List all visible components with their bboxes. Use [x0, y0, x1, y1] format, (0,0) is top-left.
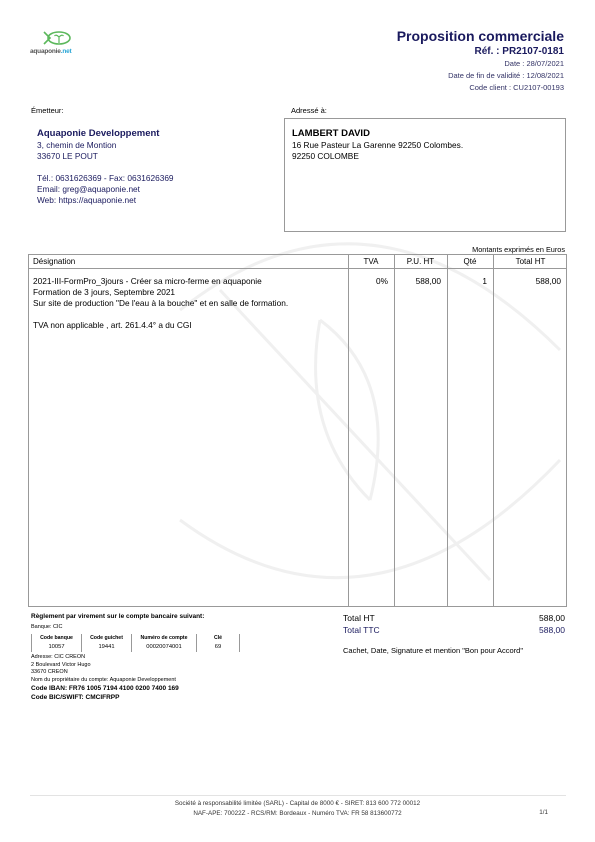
recipient-address-line2: 92250 COLOMBE [292, 151, 463, 162]
bank-code-value: 10057 [34, 643, 79, 652]
table-header-divider [29, 268, 566, 269]
total-ttc-value: 588,00 [539, 624, 565, 636]
company-logo: aquaponie.net [30, 30, 90, 60]
recipient-box: LAMBERT DAVID 16 Rue Pasteur La Garenne … [284, 118, 566, 232]
footer-legal-line2: NAF-APE: 70022Z - RCS/RM: Bordeaux - Num… [0, 809, 595, 819]
item-total-ht: 588,00 [493, 276, 561, 287]
page-number: 1/1 [539, 809, 548, 816]
column-divider [493, 255, 494, 606]
bank-details: Règlement par virement sur le compte ban… [31, 613, 240, 702]
validity-date: Date de fin de validité : 12/08/2021 [397, 70, 564, 82]
rib-key-value: 69 [199, 643, 237, 652]
logo-tld: .net [61, 48, 72, 55]
rib-key-cell: Clé 69 [196, 634, 240, 652]
recipient-address-line1: 16 Rue Pasteur La Garenne 92250 Colombes… [292, 140, 463, 151]
iban-code: Code IBAN: FR76 1005 7194 4100 0200 7400… [31, 684, 240, 693]
sender-phone: Tél.: 0631626369 - Fax: 0631626369 [37, 173, 174, 184]
client-code: Code client : CU2107-00193 [397, 82, 564, 94]
branch-code-cell: Code guichet 19441 [81, 634, 131, 652]
header-tva: TVA [348, 257, 394, 266]
document-header: Proposition commerciale Réf. : PR2107-01… [397, 28, 564, 94]
totals-block: Total HT 588,00 Total TTC 588,00 [343, 612, 565, 636]
item-vat-note: TVA non applicable , art. 261.4.4° a du … [33, 320, 343, 331]
total-ht-label: Total HT [343, 612, 375, 624]
logo-brand: aquaponie [30, 48, 61, 55]
item-quantity: 1 [447, 276, 487, 287]
logo-text: aquaponie.net [30, 48, 71, 55]
document-title: Proposition commerciale [397, 28, 564, 45]
signature-note: Cachet, Date, Signature et mention "Bon … [343, 646, 523, 655]
account-number-header: Numéro de compte [134, 634, 194, 643]
branch-code-header: Code guichet [84, 634, 129, 643]
bank-account-table: Code banque 10057 Code guichet 19441 Num… [31, 634, 240, 652]
column-divider [348, 255, 349, 606]
sender-label: Émetteur: [31, 106, 64, 115]
sender-address-line1: 3, chemin de Montion [37, 140, 174, 151]
bank-code-cell: Code banque 10057 [31, 634, 81, 652]
rib-key-header: Clé [199, 634, 237, 643]
items-table: Désignation TVA P.U. HT Qté Total HT 202… [28, 254, 567, 607]
sender-email[interactable]: Email: greg@aquaponie.net [37, 184, 174, 195]
header-quantity: Qté [447, 257, 493, 266]
item-unit-price: 588,00 [394, 276, 441, 287]
total-ht-row: Total HT 588,00 [343, 612, 565, 624]
header-unit-price: P.U. HT [394, 257, 447, 266]
total-ttc-row: Total TTC 588,00 [343, 624, 565, 636]
recipient-block: LAMBERT DAVID 16 Rue Pasteur La Garenne … [292, 128, 463, 162]
account-owner: Nom du propriétaire du compte: Aquaponie… [31, 677, 240, 685]
total-ttc-label: Total TTC [343, 624, 380, 636]
bic-code: Code BIC/SWIFT: CMCIFRPP [31, 693, 240, 702]
sender-name: Aquaponie Developpement [37, 128, 174, 140]
recipient-label: Adressé à: [291, 106, 327, 115]
sender-address-line2: 33670 LE POUT [37, 151, 174, 162]
bank-title: Règlement par virement sur le compte ban… [31, 613, 240, 621]
account-number-value: 00020074001 [134, 643, 194, 652]
branch-code-value: 19441 [84, 643, 129, 652]
header-total-ht: Total HT [493, 257, 568, 266]
footer-divider [30, 795, 566, 796]
bank-address-line1: Adresse: CIC CREON [31, 654, 240, 662]
fish-sprout-icon [42, 30, 72, 46]
bank-address-line3: 33670 CREON [31, 669, 240, 677]
footer-legal-line1: Société à responsabilité limitée (SARL) … [0, 799, 595, 809]
currency-note: Montants exprimés en Euros [472, 245, 565, 254]
item-description-line1: 2021-III-FormPro_3jours - Créer sa micro… [33, 276, 343, 287]
column-divider [447, 255, 448, 606]
bank-name: Banque: CIC [31, 623, 240, 631]
header-designation: Désignation [33, 257, 75, 266]
column-divider [394, 255, 395, 606]
item-description-line2: Formation de 3 jours, Septembre 2021 [33, 287, 343, 298]
document-reference: Réf. : PR2107-0181 [397, 45, 564, 58]
bank-code-header: Code banque [34, 634, 79, 643]
total-ht-value: 588,00 [539, 612, 565, 624]
item-description-line3: Sur site de production "De l'eau à la bo… [33, 298, 343, 309]
table-row: 2021-III-FormPro_3jours - Créer sa micro… [33, 276, 343, 331]
account-number-cell: Numéro de compte 00020074001 [131, 634, 196, 652]
sender-block: Aquaponie Developpement 3, chemin de Mon… [37, 128, 174, 206]
bank-address-line2: 2 Boulevard Victor Hugo [31, 662, 240, 670]
recipient-name: LAMBERT DAVID [292, 128, 463, 140]
sender-website[interactable]: Web: https://aquaponie.net [37, 195, 174, 206]
footer: Société à responsabilité limitée (SARL) … [0, 799, 595, 819]
document-date: Date : 28/07/2021 [397, 58, 564, 70]
item-tva: 0% [348, 276, 388, 287]
